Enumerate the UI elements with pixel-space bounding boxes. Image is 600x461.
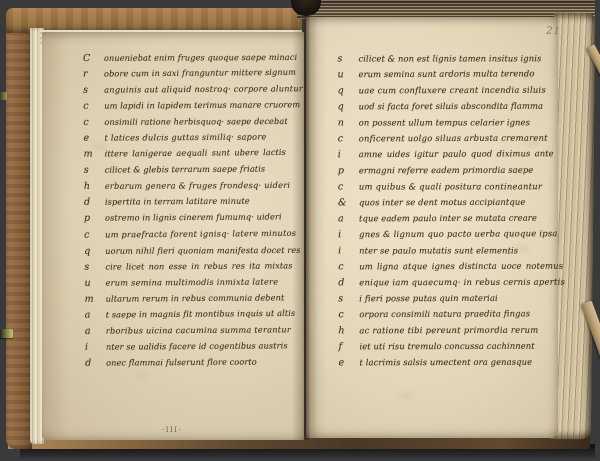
line-initial: i: [338, 246, 350, 257]
manuscript-line: scilicet & non est lignis tamen insitus …: [337, 53, 564, 69]
left-page-text-block: Conueniebat enim fruges quoque saepe min…: [83, 51, 305, 373]
line-initial: s: [83, 85, 95, 96]
upper-clasp-fitting: [0, 92, 7, 100]
line-text: uorum nihil fieri quoniam manifesta doce…: [105, 244, 300, 255]
line-text: nter se paulo mutatis sunt elementis: [359, 245, 518, 255]
line-text: nter se ualidis facere id cogentibus aus…: [106, 340, 288, 351]
folio-number: 21: [546, 25, 561, 37]
line-initial: d: [84, 197, 96, 208]
line-text: cilicet & glebis terrarum saepe friatis: [105, 164, 266, 175]
manuscript-line: cum quibus & quali positura contineantur: [338, 181, 565, 197]
manuscript-line: postremo in lignis cinerem fumumq· uider…: [84, 212, 304, 230]
line-initial: a: [85, 325, 97, 336]
line-initial: s: [338, 293, 350, 304]
line-text: onec flammai fulserunt flore coorto: [106, 356, 257, 367]
manuscript-line: robore cum in saxi franguntur mittere si…: [83, 67, 303, 85]
line-initial: u: [84, 277, 96, 288]
line-text: erum semina multimodis inmixta latere: [105, 276, 278, 287]
line-text: um quibus & quali positura contineantur: [359, 181, 542, 191]
line-text: gnes & lignum quo pacto uerba quoque ips…: [359, 228, 558, 239]
manuscript-line: permagni referre eadem primordia saepe: [338, 165, 565, 182]
line-initial: q: [84, 245, 96, 256]
manuscript-line: &quos inter se dent motus accipiantque: [338, 197, 565, 214]
manuscript-line: cum ligna atque ignes distincta uoce not…: [338, 261, 565, 278]
line-initial: q: [338, 85, 350, 96]
manuscript-line: corpora consimili natura praedita fingas: [338, 308, 565, 325]
line-text: tque eadem paulo inter se mutata creare: [359, 213, 537, 224]
line-initial: a: [338, 213, 350, 224]
line-text: t latices dulcis guttas similiq· sapore: [104, 132, 266, 143]
right-page-text-block: scilicet & non est lignis tamen insitus …: [337, 53, 565, 374]
manuscript-line: mittere lanigerae aequali sunt ubere lac…: [84, 147, 304, 165]
manuscript-line: inter se ualidis facere id cogentibus au…: [85, 340, 305, 358]
line-text: orpora consimili natura praedita fingas: [359, 308, 530, 319]
line-initial: p: [84, 213, 96, 224]
manuscript-line: quae cum confluxere creant incendia silu…: [338, 85, 565, 102]
line-initial: r: [83, 69, 95, 80]
line-initial: c: [84, 229, 96, 240]
line-initial: c: [338, 133, 350, 144]
manuscript-line: non possent ullum tempus celarier ignes: [338, 117, 565, 133]
manuscript-line: dispertita in terram latitare minute: [84, 196, 304, 214]
line-text: um ligna atque ignes distincta uoce note…: [359, 261, 563, 272]
manuscript-line: multarum rerum in rebus communia debent: [85, 292, 305, 310]
manuscript-line: inter se paulo mutatis sunt elementis: [338, 245, 565, 261]
manuscript-line: denique iam quaecumq· in rebus cernis ap…: [338, 277, 565, 294]
manuscript-line: herbarum genera & fruges frondesq· uider…: [84, 180, 304, 197]
line-text: onueniebat enim fruges quoque saepe mina…: [104, 52, 297, 63]
line-initial: s: [84, 261, 96, 272]
line-initial: c: [83, 117, 95, 128]
line-text: um lapidi in lapidem terimus manare cruo…: [104, 99, 300, 110]
manuscript-line: cum lapidi in lapidem terimus manare cru…: [83, 99, 303, 117]
photo-backdrop: Conueniebat enim fruges quoque saepe min…: [0, 0, 600, 461]
line-text: t lacrimis salsis umectent ora genasque: [360, 357, 533, 368]
manuscript-line: conficerent uolgo siluas arbusta cremare…: [338, 133, 565, 150]
line-initial: p: [338, 165, 350, 176]
line-initial: i: [338, 229, 350, 240]
line-text: erbarum genera & fruges frondesq· uideri: [105, 180, 290, 191]
line-text: ac ratione tibi pereunt primordia rerum: [359, 325, 538, 336]
line-text: uod si facta foret siluis abscondita fla…: [359, 101, 544, 112]
manuscript-line: cum praefracta forent ignisq· latere min…: [84, 227, 304, 245]
line-initial: s: [84, 165, 96, 176]
line-text: on possent ullum tempus celarier ignes: [359, 117, 530, 127]
line-text: rboribus uicina cacumina summa terantur: [106, 324, 291, 335]
line-initial: &: [338, 197, 350, 208]
line-text: onficerent uolgo siluas arbusta cremaren…: [359, 133, 548, 144]
line-initial: s: [337, 54, 349, 65]
line-text: t saepe in magnis fit montibus inquis ut…: [106, 308, 296, 320]
line-initial: f: [338, 341, 350, 352]
line-text: erum semina sunt ardoris multa terendo: [358, 68, 534, 79]
line-text: amne uides igitur paulo quod diximus ant…: [359, 148, 554, 159]
manuscript-line: ignes & lignum quo pacto uerba quoque ip…: [338, 228, 565, 245]
manuscript-line: consimili ratione herbisquoq· saepe dece…: [83, 116, 303, 133]
line-initial: e: [339, 357, 351, 368]
left-manuscript-page: Conueniebat enim fruges quoque saepe min…: [42, 32, 304, 440]
line-text: iet uti risu tremulo concussa cachinnent: [359, 341, 534, 352]
line-initial: a: [85, 309, 97, 320]
line-text: i fieri posse putas quin materiai: [359, 293, 498, 303]
manuscript-line: iamne uides igitur paulo quod diximus an…: [338, 148, 565, 165]
line-text: cilicet & non est lignis tamen insitus i…: [358, 53, 541, 63]
line-initial: i: [85, 342, 97, 353]
line-initial: q: [338, 101, 350, 112]
line-initial: i: [338, 149, 350, 160]
manuscript-line: at saepe in magnis fit montibus inquis u…: [85, 307, 305, 325]
quire-signature: ·III·: [162, 426, 182, 434]
manuscript-line: quod si facta foret siluis abscondita fl…: [338, 101, 565, 118]
right-manuscript-page: 21 scilicet & non est lignis tamen insit…: [306, 17, 558, 438]
manuscript-line: donec flammai fulserunt flore coorto: [85, 356, 305, 374]
line-initial: u: [337, 69, 349, 80]
manuscript-line: si fieri posse putas quin materiai: [338, 293, 565, 310]
line-text: ittere lanigerae aequali sunt ubere lact…: [105, 147, 286, 159]
line-text: um praefracta forent ignisq· latere minu…: [105, 227, 296, 239]
manuscript-line: arboribus uicina cacumina summa terantur: [85, 324, 305, 342]
line-text: onsimili ratione herbisquoq· saepe deceb…: [104, 116, 287, 127]
manuscript-line: sanguinis aut aliquid nostroq· corpore a…: [83, 83, 303, 101]
manuscript-line: fiet uti risu tremulo concussa cachinnen…: [338, 341, 565, 358]
line-initial: d: [338, 277, 350, 288]
line-initial: m: [85, 293, 97, 304]
line-text: ultarum rerum in rebus communia debent: [106, 292, 285, 303]
manuscript-line: hac ratione tibi pereunt primordia rerum: [338, 325, 565, 342]
lower-clasp-fitting: [0, 329, 13, 338]
left-wooden-board: [6, 8, 32, 449]
line-initial: C: [83, 53, 95, 64]
manuscript-line: atque eadem paulo inter se mutata creare: [338, 213, 565, 230]
line-text: anguinis aut aliquid nostroq· corpore al…: [104, 83, 303, 94]
line-initial: e: [83, 133, 95, 144]
manuscript-line: scilicet & glebis terrarum saepe friatis: [84, 164, 304, 182]
line-text: quos inter se dent motus accipiantque: [359, 197, 525, 208]
manuscript-line: quorum nihil fieri quoniam manifesta doc…: [84, 244, 304, 261]
line-initial: c: [338, 182, 350, 193]
line-text: ispertita in terram latitare minute: [105, 196, 250, 207]
line-text: ermagni referre eadem primordia saepe: [359, 165, 534, 176]
line-initial: h: [84, 181, 96, 192]
line-text: obore cum in saxi franguntur mittere sig…: [104, 67, 296, 79]
manuscript-line: et lacrimis salsis umectent ora genasque: [339, 357, 566, 374]
line-initial: n: [338, 118, 350, 129]
line-text: uae cum confluxere creant incendia silui…: [359, 85, 546, 96]
line-initial: h: [338, 325, 350, 336]
manuscript-line: uerum semina multimodis inmixta latere: [84, 276, 304, 294]
line-initial: c: [338, 309, 350, 320]
line-initial: c: [338, 261, 350, 272]
line-initial: d: [85, 358, 97, 369]
line-text: ostremo in lignis cinerem fumumq· uideri: [105, 212, 282, 223]
manuscript-line: uerum semina sunt ardoris multa terendo: [337, 68, 564, 85]
line-initial: m: [84, 149, 96, 160]
line-initial: c: [83, 101, 95, 112]
manuscript-line: scire licet non esse in rebus res ita mi…: [84, 260, 304, 278]
line-text: enique iam quaecumq· in rebus cernis ape…: [359, 277, 565, 288]
